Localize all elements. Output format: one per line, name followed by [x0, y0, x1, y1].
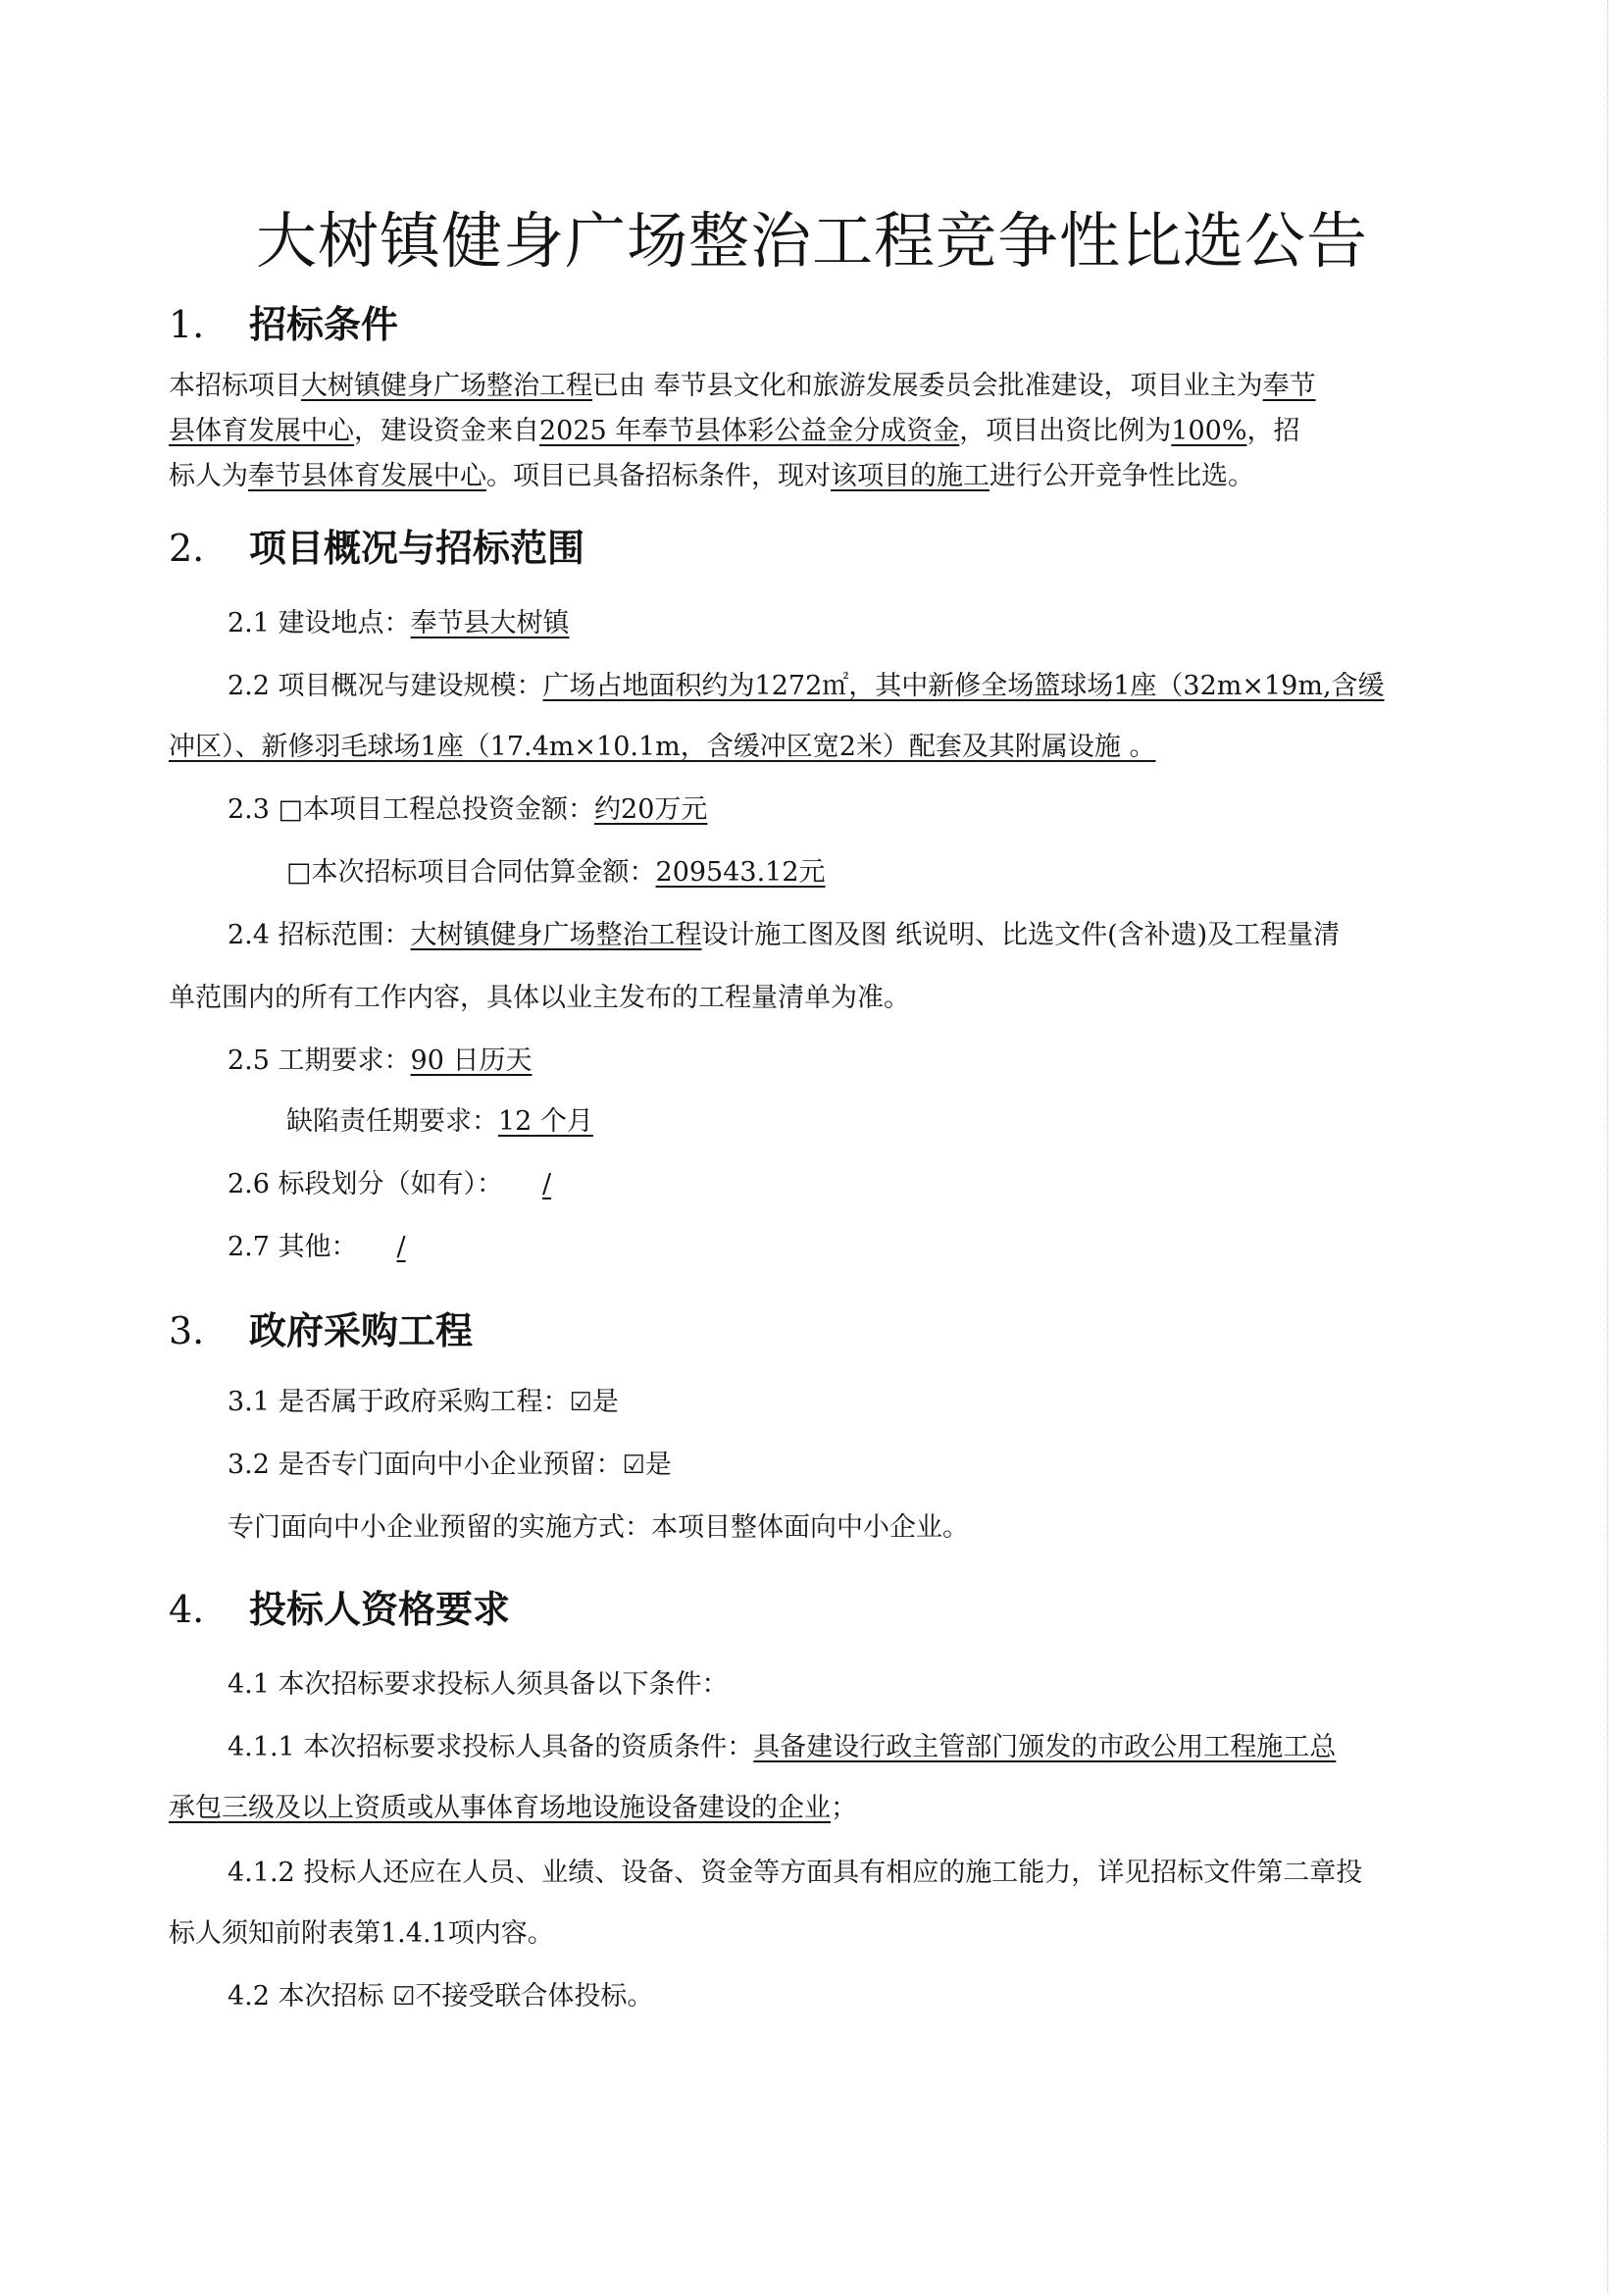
item-4-1-2: 4.1.2 投标人还应在人员、业绩、设备、资金等方面具有相应的施工能力，详见招标… [228, 1860, 1362, 1886]
section-1-line-2: 县体育发展中心，建设资金来自2025 年奉节县体彩公益金分成资金，项目出资比例为… [169, 418, 1300, 444]
section-4-heading: 4.投标人资格要求 [169, 1579, 510, 1633]
section-2-heading: 2.项目概况与招标范围 [169, 518, 584, 572]
scan-edge [1607, 0, 1610, 2293]
checked-checkbox-icon: ☑ [392, 1982, 415, 2012]
item-2-1: 2.1 建设地点：奉节县大树镇 [228, 610, 570, 637]
section-1-line-1: 本招标项目大树镇健身广场整治工程已由 奉节县文化和旅游发展委员会批准建设，项目业… [169, 373, 1316, 399]
item-2-2-cont: 冲区）、新修羽毛球场1座（17.4m×10.1m，含缓冲区宽2米）配套及其附属设… [169, 734, 1156, 760]
item-2-3-estimate: □本次招标项目合同估算金额：209543.12元 [286, 859, 826, 886]
item-4-1-1-cont: 承包三级及以上资质或从事体育场地设施设备建设的企业； [169, 1795, 857, 1821]
checked-checkbox-icon: ☑ [570, 1388, 592, 1417]
item-2-7: 2.7 其他：/ [228, 1234, 445, 1260]
document-page: 大树镇健身广场整治工程竞争性比选公告 1.招标条件 本招标项目大树镇健身广场整治… [0, 0, 1624, 2293]
document-title: 大树镇健身广场整治工程竞争性比选公告 [0, 192, 1624, 280]
item-2-4-cont: 单范围内的所有工作内容，具体以业主发布的工程量清单为准。 [169, 985, 910, 1011]
section-3-heading: 3.政府采购工程 [169, 1300, 473, 1354]
item-2-6: 2.6 标段划分（如有）：/ [228, 1171, 590, 1197]
item-3-2: 3.2 是否专门面向中小企业预留：☑是 [228, 1452, 672, 1478]
item-2-5-defect: 缺陷责任期要求：12 个月 [286, 1108, 593, 1135]
item-3-1: 3.1 是否属于政府采购工程：☑是 [228, 1389, 619, 1415]
item-4-2: 4.2 本次招标 ☑不接受联合体投标。 [228, 1983, 653, 2010]
item-2-2: 2.2 项目概况与建设规模：广场占地面积约为1272㎡，其中新修全场篮球场1座（… [228, 673, 1385, 699]
checked-checkbox-icon: ☑ [623, 1451, 645, 1480]
item-4-1: 4.1 本次招标要求投标人须具备以下条件： [228, 1671, 729, 1698]
section-1-line-3: 标人为奉节县体育发展中心。项目已具备招标条件，现对该项目的施工进行公开竞争性比选… [169, 463, 1254, 489]
item-2-4: 2.4 招标范围：大树镇健身广场整治工程设计施工图及图 纸说明、比选文件(含补遗… [228, 922, 1340, 948]
item-2-3-total: 2.3 □本项目工程总投资金额：约20万元 [228, 796, 707, 823]
item-4-1-1: 4.1.1 本次招标要求投标人具备的资质条件：具备建设行政主管部门颁发的市政公用… [228, 1734, 1336, 1760]
item-2-5: 2.5 工期要求：90 日历天 [228, 1047, 532, 1074]
item-4-1-2-cont: 标人须知前附表第1.4.1项内容。 [169, 1920, 554, 1947]
section-1-heading: 1.招标条件 [169, 294, 398, 348]
item-3-note: 专门面向中小企业预留的实施方式：本项目整体面向中小企业。 [228, 1514, 969, 1541]
